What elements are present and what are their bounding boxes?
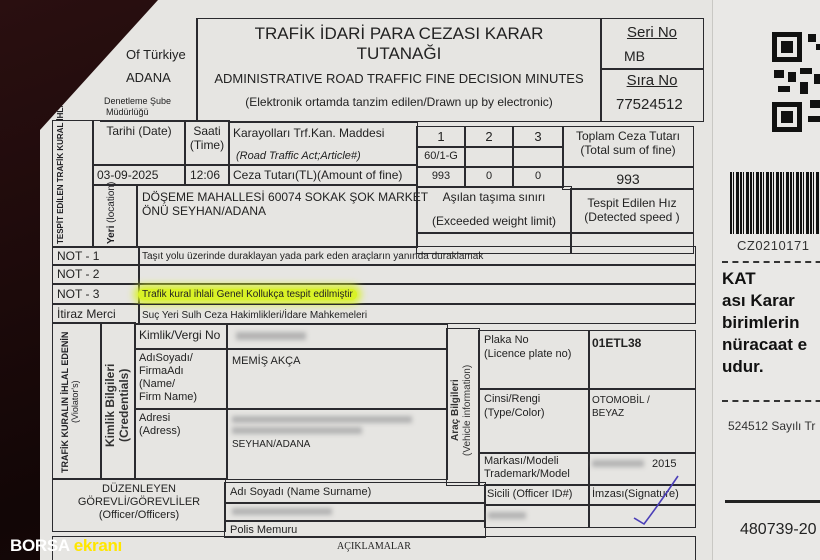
location-label: Yeri (location) — [106, 188, 118, 244]
side-line: udur. — [722, 356, 807, 378]
time-value: 12:06 — [190, 168, 220, 182]
time-label: Saati — [184, 124, 230, 138]
article-value-1: 60/1-G — [416, 150, 466, 162]
model-label: Markası/Modeli Trademark/Model — [484, 455, 570, 481]
address-label: Adresi (Adress) — [139, 412, 181, 438]
officer-id-redacted — [488, 512, 526, 519]
credentials-label-tr: Kimlik Bilgileri — [103, 363, 117, 446]
location-value: DÖŞEME MAHALLESİ 60074 SOKAK ŞOK MARKET — [142, 190, 428, 204]
side-line: ası Karar — [722, 290, 807, 312]
fine-value-1: 993 — [416, 170, 466, 182]
address-redacted-2 — [232, 427, 362, 434]
officer-id-label: Sicili (Officer ID#) — [487, 488, 572, 500]
sequence-label: Sıra No — [600, 72, 704, 89]
id-label: Kimlik/Vergi No — [139, 328, 220, 342]
col-header-3: 3 — [512, 129, 564, 144]
vehicle-label-en: (Vehicle information) — [462, 364, 473, 455]
date-value: 03-09-2025 — [97, 168, 158, 182]
side-barcode-code: CZ0210171 — [737, 238, 809, 253]
type-value-1: OTOMOBİL / — [592, 394, 650, 407]
fine-decision-form: Of Türkiye ADANA Denetleme Şube Müdürlüğ… — [40, 0, 712, 560]
type-label: Cinsi/Rengi (Type/Color) — [484, 392, 545, 420]
plate-label-2: (Licence plate no) — [484, 347, 571, 361]
watermark: BORSA ekranı — [10, 536, 122, 556]
divider — [725, 500, 820, 503]
plate-label: Plaka No (Licence plate no) — [484, 333, 571, 361]
fine-value-3: 0 — [512, 170, 564, 182]
article-cell — [464, 146, 514, 168]
form-subtitle: ADMINISTRATIVE ROAD TRAFFIC FINE DECISIO… — [196, 71, 602, 86]
col-header-2: 2 — [464, 129, 514, 144]
weight-label: Aşılan taşıma sınırı — [416, 190, 572, 204]
model-label-1: Markası/Modeli — [484, 455, 570, 468]
officer-label-1: DÜZENLEYEN — [52, 483, 226, 496]
address-label-1: Adresi — [139, 412, 181, 425]
plate-label-1: Plaka No — [484, 333, 571, 347]
note-2-label: NOT - 2 — [57, 267, 99, 281]
violator-label-en: (Violator's) — [70, 381, 80, 424]
note-3-text-highlighted: Trafik kural ihlali Genel Kollukça tespi… — [138, 289, 357, 300]
form-title: TRAFİK İDARİ PARA CEZASI KARAR — [196, 24, 602, 44]
form-title-2: TUTANAĞI — [196, 44, 602, 64]
violator-section-label: TRAFİK KURALIN İHLAL EDENİN(Violator's) — [60, 330, 80, 474]
model-year: 2015 — [652, 458, 676, 470]
note-3-label: NOT - 3 — [57, 287, 99, 301]
form-note: (Elektronik ortamda tanzim edilen/Drawn … — [196, 95, 602, 109]
authority-city: ADANA — [126, 70, 171, 85]
col-header-1: 1 — [416, 129, 466, 144]
side-line: birimlerin — [722, 312, 807, 334]
name-label-1: AdıSoyadı/ — [139, 352, 197, 365]
side-line: KAT — [722, 268, 807, 290]
serial-value: MB — [624, 48, 645, 64]
date-label: Tarihi (Date) — [92, 124, 186, 138]
officer-label-2: GÖREVLİ/GÖREVLİLER — [52, 496, 226, 509]
name-label-4: Firm Name) — [139, 391, 197, 404]
explanations-label: AÇIKLAMALAR — [52, 541, 696, 552]
officer-section-label: DÜZENLEYEN GÖREVLİ/GÖREVLİLER (Officer/O… — [52, 483, 226, 522]
article-label-en: (Road Traffic Act;Article#) — [236, 150, 361, 162]
credentials-label: Kimlik Bilgileri(Credentials) — [103, 350, 131, 460]
objection-label: İtiraz Merci — [57, 307, 116, 321]
note-1-text: Taşıt yolu üzerinde duraklayan yada park… — [142, 251, 483, 262]
article-cell — [512, 146, 564, 168]
name-label-2: FirmaAdı — [139, 365, 197, 378]
speed-label: Tespit Edilen Hız — [570, 196, 694, 210]
total-label: Toplam Ceza Tutarı — [562, 129, 694, 143]
objection-text: Suç Yeri Sulh Ceza Hakimlikleri/İdare Ma… — [142, 310, 367, 321]
model-label-2: Trademark/Model — [484, 468, 570, 481]
type-value: OTOMOBİL / BEYAZ — [592, 394, 650, 420]
violator-label: TRAFİK KURALIN İHLAL EDENİN — [60, 331, 70, 472]
side-number: 480739-20 — [740, 521, 817, 539]
type-label-1: Cinsi/Rengi — [484, 392, 545, 406]
authority-dept-2: Müdürlüğü — [106, 107, 149, 117]
location-label-tr: Yeri — [106, 226, 117, 244]
article-label: Karayolları Trf.Kan. Maddesi — [233, 126, 384, 140]
plate-value: 01ETL38 — [592, 336, 641, 350]
dashed-divider — [722, 261, 820, 263]
violator-name: MEMİŞ AKÇA — [232, 355, 300, 367]
barcode — [730, 172, 820, 234]
note-1-label: NOT - 1 — [57, 249, 99, 263]
total-value: 993 — [562, 171, 694, 187]
serial-label: Seri No — [600, 24, 704, 41]
time-label-en: (Time) — [184, 138, 230, 152]
qr-code-icon — [770, 30, 820, 140]
officer-name-redacted — [232, 508, 332, 515]
authority-dept: Denetleme Şube — [104, 96, 171, 106]
address-redacted — [232, 416, 412, 423]
officer-title: Polis Memuru — [230, 524, 297, 536]
watermark-ekrani: ekranı — [69, 536, 122, 555]
name-label-3: (Name/ — [139, 378, 197, 391]
officer-label-3: (Officer/Officers) — [52, 509, 226, 522]
location-value-2: ÖNÜ SEYHAN/ADANA — [142, 204, 266, 218]
type-value-2: BEYAZ — [592, 407, 650, 420]
address-label-2: (Adress) — [139, 425, 181, 438]
side-text-block: KAT ası Karar birimlerin nüracaat e udur… — [722, 268, 807, 378]
side-line: nüracaat e — [722, 334, 807, 356]
address-value: SEYHAN/ADANA — [232, 439, 310, 450]
vehicle-label: Araç Bilgileri — [450, 379, 461, 441]
total-label-en: (Total sum of fine) — [562, 143, 694, 157]
speed-label-en: (Detected speed ) — [570, 210, 694, 224]
fine-label: Ceza Tutarı(TL)(Amount of fine) — [233, 168, 402, 182]
officer-name-label: Adı Soyadı (Name Surname) — [230, 486, 371, 498]
fine-value-2: 0 — [464, 170, 514, 182]
credentials-label-en: (Credentials) — [117, 368, 131, 441]
note-text-cell — [138, 264, 696, 284]
model-redacted — [592, 460, 644, 467]
weight-label-en: (Exceeded weight limit) — [416, 214, 572, 228]
name-label: AdıSoyadı/ FirmaAdı (Name/ Firm Name) — [139, 352, 197, 404]
side-reference: 524512 Sayılı Tr — [728, 419, 815, 433]
type-label-2: (Type/Color) — [484, 406, 545, 420]
violation-section-label: TESPİT EDİLEN TRAFİK KURAL İHLALİNİN (DE… — [56, 124, 65, 244]
dashed-divider — [722, 400, 820, 402]
authority-country: Of Türkiye — [126, 47, 186, 62]
location-label-en: (location) — [106, 182, 117, 223]
signature-mark — [630, 470, 690, 530]
vehicle-section-label: Araç Bilgileri(Vehicle information) — [450, 340, 474, 480]
id-value-redacted — [236, 332, 306, 340]
sequence-value: 77524512 — [616, 96, 683, 113]
watermark-borsa: BORSA — [10, 536, 69, 555]
